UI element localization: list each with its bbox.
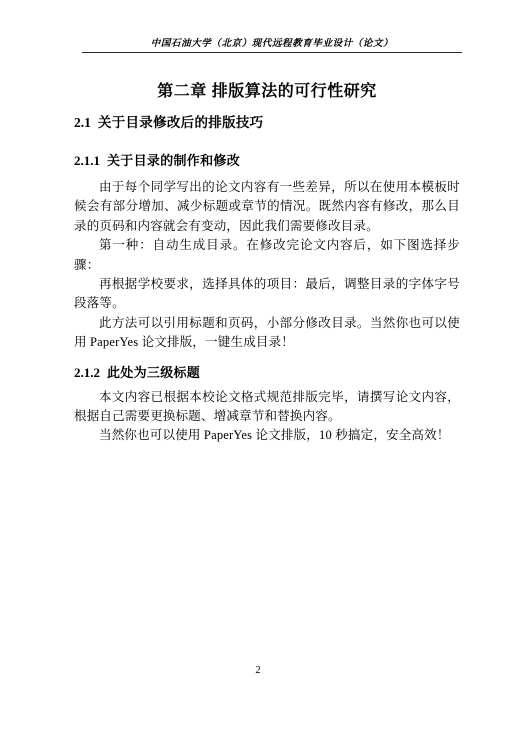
section-number: 2.1.2 [74, 365, 100, 380]
section-title: 此处为三级标题 [107, 365, 200, 380]
page-number: 2 [0, 665, 516, 676]
section-2-1-1-paragraphs: 由于每个同学写出的论文内容有一些差异，所以在使用本模板时候会有部分增加、减少标题… [74, 178, 460, 353]
body-paragraph: 此方法可以引用标题和页码，小部分修改目录。当然你也可以使用 PaperYes 论… [74, 314, 460, 353]
document-page: 中国石油大学（北京）现代远程教育毕业设计（论文） 第二章 排版算法的可行性研究 … [0, 0, 516, 729]
section-number: 2.1 [74, 115, 91, 130]
page-header: 中国石油大学（北京）现代远程教育毕业设计（论文） [82, 35, 462, 53]
body-paragraph: 本文内容已根据本校论文格式规范排版完毕，请撰写论文内容，根据自己需要更换标题、增… [74, 388, 460, 427]
section-heading-2-1-2: 2.1.2此处为三级标题 [74, 364, 460, 382]
section-2-1-2-paragraphs: 本文内容已根据本校论文格式规范排版完毕，请撰写论文内容，根据自己需要更换标题、增… [74, 388, 460, 446]
body-paragraph: 再根据学校要求，选择具体的项目：最后，调整目录的字体字号段落等。 [74, 275, 460, 314]
section-heading-2-1: 2.1关于目录修改后的排版技巧 [74, 114, 460, 132]
body-paragraph: 第一种：自动生成目录。在修改完论文内容后，如下图选择步骤： [74, 236, 460, 275]
chapter-title: 第二章 排版算法的可行性研究 [74, 82, 460, 102]
body-paragraph: 由于每个同学写出的论文内容有一些差异，所以在使用本模板时候会有部分增加、减少标题… [74, 178, 460, 236]
header-title: 中国石油大学（北京）现代远程教育毕业设计（论文） [82, 35, 462, 49]
body-paragraph: 当然你也可以使用 PaperYes 论文排版，10 秒搞定，安全高效！ [74, 426, 460, 445]
section-title: 关于目录的制作和修改 [107, 153, 240, 168]
section-heading-2-1-1: 2.1.1关于目录的制作和修改 [74, 152, 460, 170]
section-number: 2.1.1 [74, 153, 100, 168]
section-title: 关于目录修改后的排版技巧 [98, 115, 264, 130]
document-body: 第二章 排版算法的可行性研究 2.1关于目录修改后的排版技巧 2.1.1关于目录… [74, 53, 460, 446]
